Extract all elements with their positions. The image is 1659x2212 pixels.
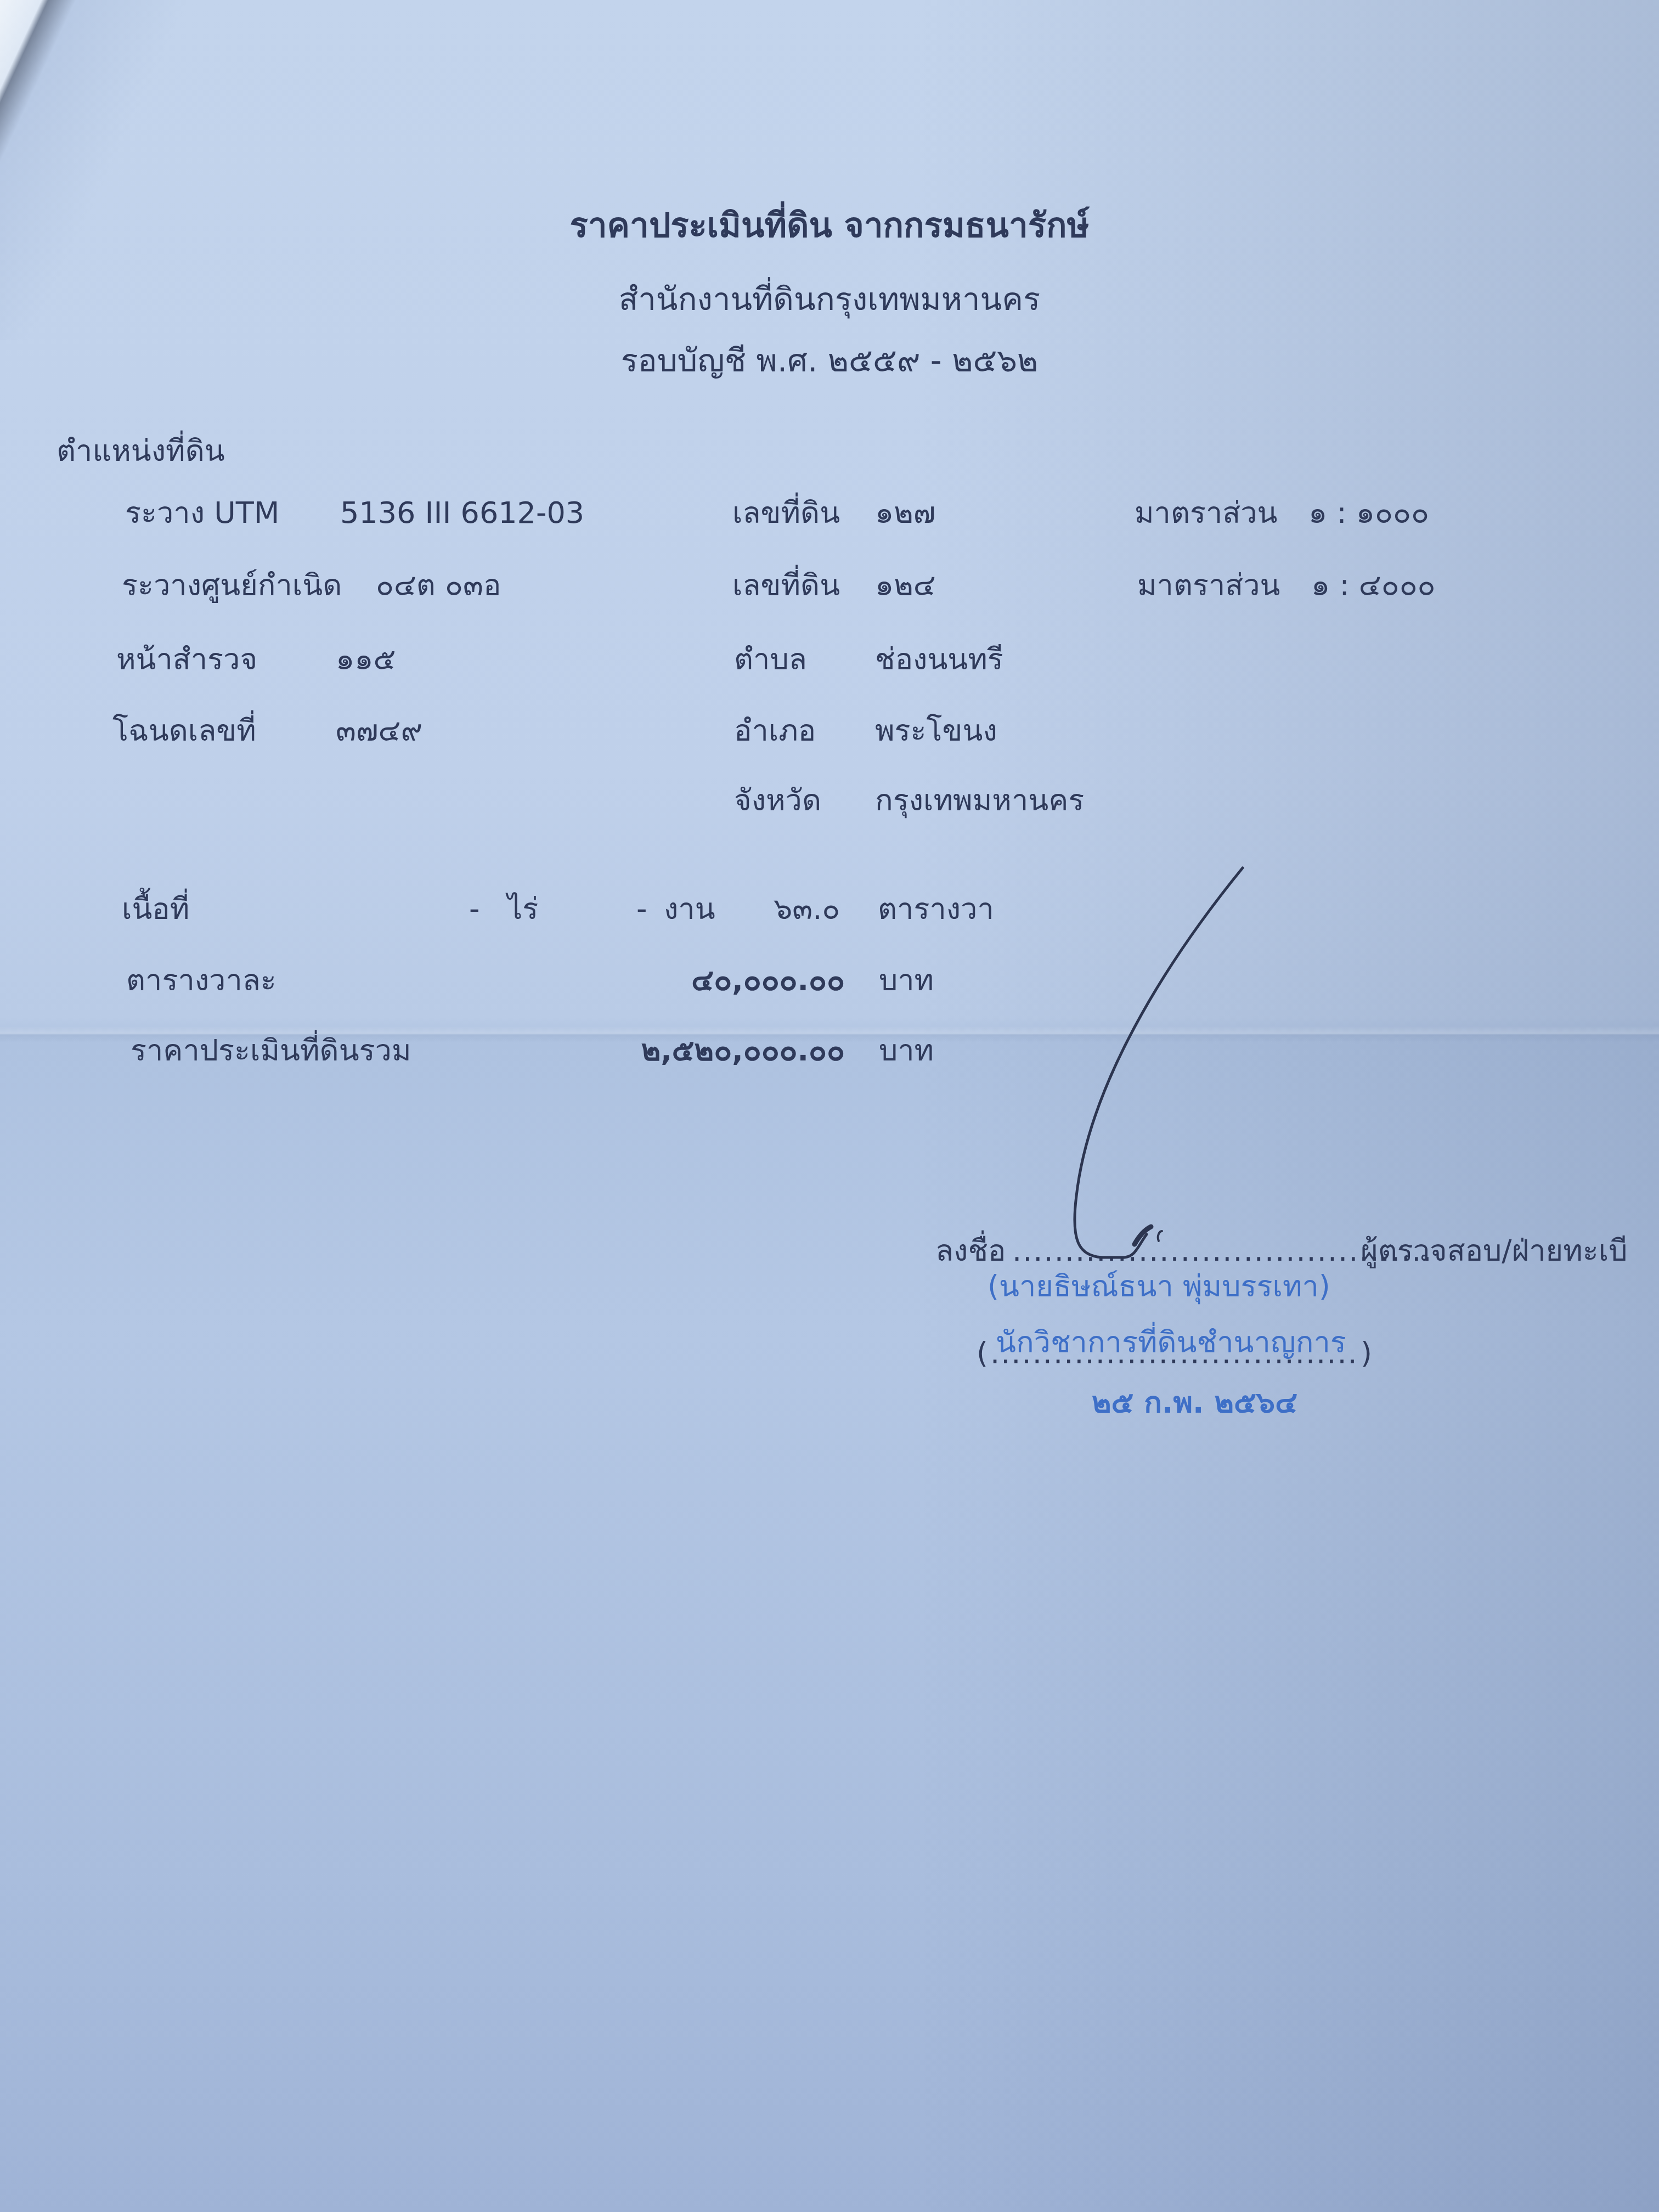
price-per-wa-unit: บาท [879,966,934,995]
deed-value: ๓๗๔๙ [336,716,422,746]
area-ngan-value: - [636,894,647,924]
total-price-label: ราคาประเมินที่ดินรวม [131,1036,411,1065]
total-price-unit: บาท [879,1036,934,1065]
area-wa-value: ๖๓.๐ [774,894,840,924]
subdistrict-value: ช่องนนทรี [875,645,1003,674]
utm-value: 5136 III 6612-03 [340,498,584,528]
scale-value-2: ๑ : ๔๐๐๐ [1311,571,1436,600]
parcel-value-2: ๑๒๔ [875,571,936,600]
sign-label: ลงชื่อ [935,1236,1006,1266]
deed-label: โฉนดเลขที่ [112,716,256,746]
subdistrict-label: ตำบล [734,645,807,674]
area-wa-unit: ตารางวา [878,894,994,924]
account-period: รอบบัญชี พ.ศ. ๒๕๕๙ - ๒๕๖๒ [621,345,1039,376]
survey-page-label: หน้าสำรวจ [116,645,257,674]
district-label: อำเภอ [734,716,816,746]
signer-role: ผู้ตรวจสอบ/ฝ่ายทะเบี [1361,1236,1627,1266]
origin-label: ระวางศูนย์กำเนิด [122,571,342,600]
position-dotted-line: ................................... [990,1339,1358,1368]
price-per-wa-value: ๔๐,๐๐๐.๐๐ [691,966,845,995]
price-per-wa-label: ตารางวาละ [126,966,276,995]
province-label: จังหวัด [734,786,821,815]
area-rai-unit: ไร่ [507,894,538,924]
area-ngan-unit: งาน [664,894,715,924]
parcel-label-2: เลขที่ดิน [732,571,840,600]
document-title: ราคาประเมินที่ดิน จากกรมธนารักษ์ [569,208,1089,242]
survey-page-value: ๑๑๕ [336,645,396,674]
utm-label: ระวาง UTM [125,498,279,528]
area-rai-value: - [469,894,480,924]
date-stamp: ๒๕ ก.พ. ๒๕๖๔ [1092,1388,1297,1418]
province-value: กรุงเทพมหานคร [875,786,1084,815]
handwritten-signature [0,0,1659,2212]
location-section-label: ตำแหน่งที่ดิน [57,436,225,466]
origin-value: ๐๔ต ๐๓อ [376,571,501,600]
signer-name-stamp: (นายธิษณ์ธนา พุ่มบรรเทา) [988,1272,1330,1301]
position-close-paren: ) [1361,1339,1372,1368]
scale-value-1: ๑ : ๑๐๐๐ [1308,498,1429,528]
district-value: พระโขนง [875,716,997,746]
scale-label-2: มาตราส่วน [1137,571,1280,600]
total-price-value: ๒,๕๒๐,๐๐๐.๐๐ [641,1036,845,1065]
office-name: สำนักงานที่ดินกรุงเทพมหานคร [619,283,1040,315]
scale-label-1: มาตราส่วน [1135,498,1278,528]
position-open-paren: ( [977,1339,988,1368]
parcel-value-1: ๑๒๗ [875,498,935,528]
page-corner-fold [0,0,187,340]
area-label: เนื้อที่ [122,894,189,924]
parcel-label-1: เลขที่ดิน [732,498,840,528]
